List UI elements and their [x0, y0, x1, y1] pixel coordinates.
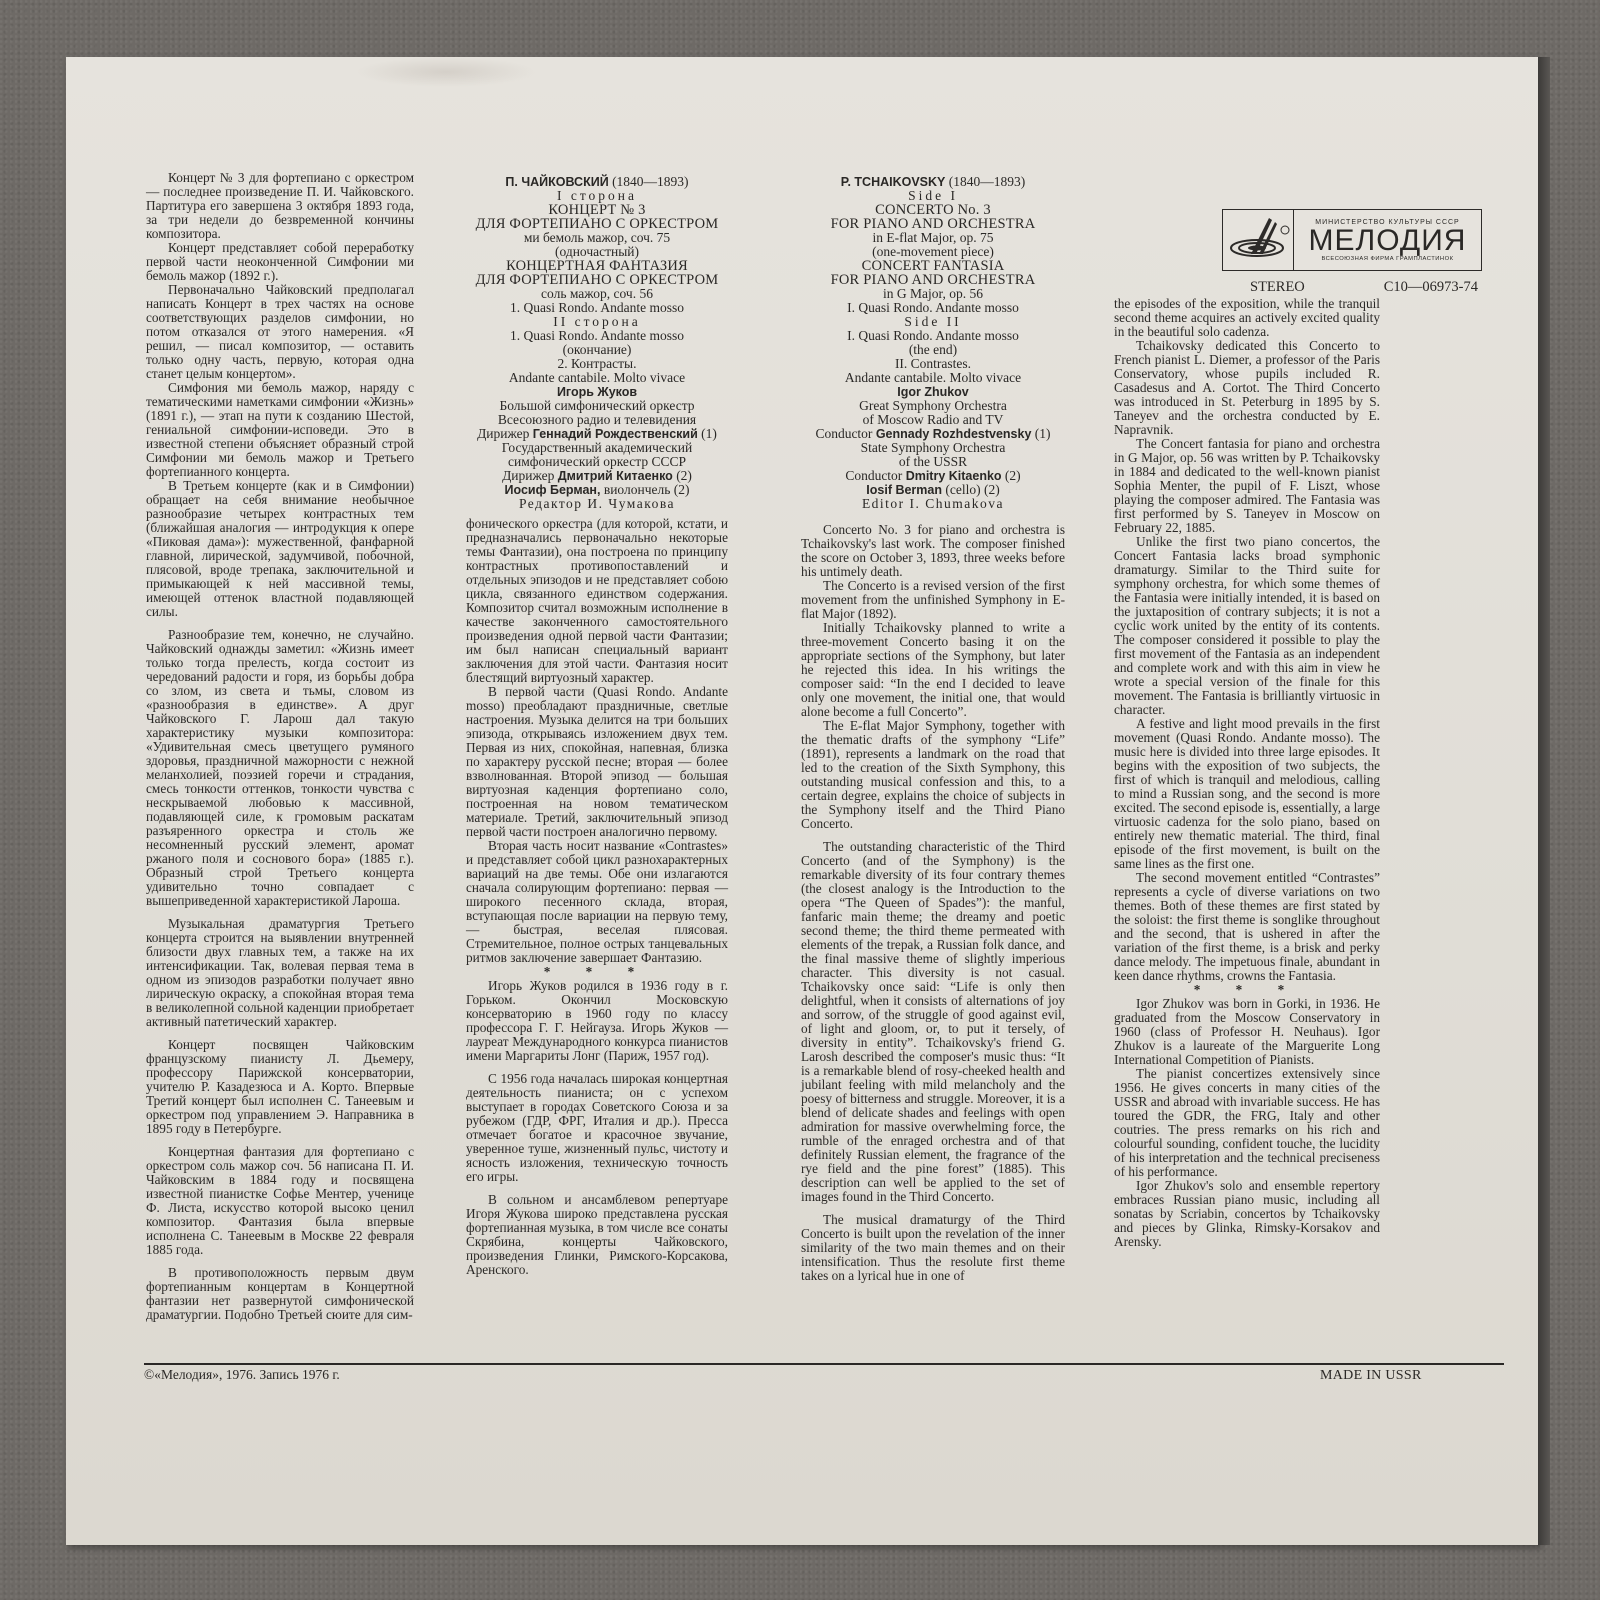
credit-line: КОНЦЕРТ № 3: [466, 203, 728, 217]
credit-line: in E-flat Major, op. 75: [801, 231, 1065, 245]
credit-line: I. Quasi Rondo. Andante mosso: [801, 329, 1065, 343]
credit-line: I сторона: [466, 189, 728, 203]
paragraph: Концертная фантазия для фортепиано с орк…: [146, 1145, 414, 1257]
credit-line: CONCERT FANTASIA: [801, 259, 1065, 273]
paragraph: The Concert fantasia for piano and orche…: [1114, 437, 1380, 535]
paragraph: The musical dramaturgy of the Third Conc…: [801, 1213, 1065, 1283]
paragraph: Музыкальная драматургия Третьего концерт…: [146, 917, 414, 1029]
paragraph: фонического оркестра (для которой, кстат…: [466, 517, 728, 685]
orchestra-line: Great Symphony Orchestra: [801, 399, 1065, 413]
paragraph: Первоначально Чайковский предполагал нап…: [146, 283, 414, 381]
orchestra-line: State Symphony Orchestra: [801, 441, 1065, 455]
credit-line: I. Quasi Rondo. Andante mosso: [801, 301, 1065, 315]
paragraph: Igor Zhukov was born in Gorki, in 1936. …: [1114, 997, 1380, 1067]
credit-line: II сторона: [466, 315, 728, 329]
stereo-label: STEREO: [1250, 279, 1305, 296]
conductor-2: Дирижер Дмитрий Китаенко (2): [466, 469, 728, 483]
paragraph: С 1956 года началась широкая концертная …: [466, 1072, 728, 1184]
paragraph: The second movement entitled “Contrastes…: [1114, 871, 1380, 983]
paper-stain: [356, 57, 536, 87]
credit-line: 1. Quasi Rondo. Andante mosso: [466, 329, 728, 343]
credit-line: FOR PIANO AND ORCHESTRA: [801, 273, 1065, 287]
performer: Игорь Жуков: [466, 385, 728, 399]
conductor-2: Conductor Dmitry Kitaenko (2): [801, 469, 1065, 483]
composer-heading: P. TCHAIKOVSKY (1840—1893): [801, 175, 1065, 189]
paragraph: Концерт представляет собой переработку п…: [146, 241, 414, 283]
track-lines: I сторонаКОНЦЕРТ № 3ДЛЯ ФОРТЕПИАНО С ОРК…: [466, 189, 728, 385]
melodiya-record-emblem-icon: [1223, 210, 1294, 270]
paragraph: Unlike the first two piano concertos, th…: [1114, 535, 1380, 717]
orchestra-line: Большой симфонический оркестр: [466, 399, 728, 413]
paragraph: В противоположность первым двум фортепиа…: [146, 1266, 414, 1322]
orchestra-line: Всесоюзного радио и телевидения: [466, 413, 728, 427]
paragraph: the episodes of the exposition, while th…: [1114, 297, 1380, 339]
conductor-1: Conductor Gennady Rozhdestvensky (1): [801, 427, 1065, 441]
credit-line: 2. Контрасты.: [466, 357, 728, 371]
catalog-line: STEREO С10—06973-74: [1226, 279, 1478, 296]
credits-ru: П. ЧАЙКОВСКИЙ (1840—1893) I сторонаКОНЦЕ…: [466, 175, 728, 511]
credit-line: (окончание): [466, 343, 728, 357]
paragraph: A festive and light mood prevails in the…: [1114, 717, 1380, 871]
paragraph: Концерт посвящен Чайковским французскому…: [146, 1038, 414, 1136]
liner-notes-ru-col2: фонического оркестра (для которой, кстат…: [466, 517, 728, 1277]
editor: Editor I. Chumakova: [801, 497, 1065, 511]
melodiya-logo: МИНИСТЕРСТВО КУЛЬТУРЫ СССР МЕЛОДИЯ ВСЕСО…: [1222, 209, 1482, 271]
paragraph: В первой части (Quasi Rondo. Andante mos…: [466, 685, 728, 839]
paragraph: В сольном и ансамблевом репертуаре Игоря…: [466, 1193, 728, 1277]
section-divider: * * *: [1114, 983, 1380, 997]
track-lines: Side ICONCERTO No. 3FOR PIANO AND ORCHES…: [801, 189, 1065, 385]
credits-en: P. TCHAIKOVSKY (1840—1893) Side ICONCERT…: [801, 175, 1065, 511]
credit-line: ДЛЯ ФОРТЕПИАНО С ОРКЕСТРОМ: [466, 273, 728, 287]
cellist: Iosif Berman (cello) (2): [801, 483, 1065, 497]
paragraph: The outstanding characteristic of the Th…: [801, 840, 1065, 1204]
credit-line: 1. Quasi Rondo. Andante mosso: [466, 301, 728, 315]
liner-notes-ru-col1: Концерт № 3 для фортепиано с оркестром —…: [146, 171, 414, 1322]
orchestra-line: Государственный академический: [466, 441, 728, 455]
paragraph: Вторая часть носит название «Contrastes»…: [466, 839, 728, 965]
brand-name: МЕЛОДИЯ: [1309, 226, 1467, 256]
credit-line: in G Major, op. 56: [801, 287, 1065, 301]
catalog-number: С10—06973-74: [1384, 279, 1478, 296]
made-in-ussr: MADE IN USSR: [1320, 1368, 1422, 1384]
credit-line: ДЛЯ ФОРТЕПИАНО С ОРКЕСТРОМ: [466, 217, 728, 231]
credit-line: (one-movement piece): [801, 245, 1065, 259]
paragraph: Concerto No. 3 for piano and orchestra i…: [801, 523, 1065, 579]
credit-line: Side II: [801, 315, 1065, 329]
section-divider: * * *: [466, 965, 728, 979]
paragraph: Igor Zhukov's solo and ensemble repertor…: [1114, 1179, 1380, 1249]
performer: Igor Zhukov: [801, 385, 1065, 399]
firm-text: ВСЕСОЮЗНАЯ ФИРМА ГРАМПЛАСТИНОК: [1322, 256, 1454, 262]
sleeve-spine: [1538, 57, 1550, 1545]
footer-rule: [144, 1363, 1504, 1365]
paragraph: The Concerto is a revised version of the…: [801, 579, 1065, 621]
conductor-1: Дирижер Геннадий Рождественский (1): [466, 427, 728, 441]
liner-notes-en-col4: the episodes of the exposition, while th…: [1114, 297, 1380, 1249]
record-sleeve-back: Концерт № 3 для фортепиано с оркестром —…: [66, 57, 1540, 1545]
liner-notes-en-col3: Concerto No. 3 for piano and orchestra i…: [801, 523, 1065, 1283]
paragraph: The pianist concertizes extensively sinc…: [1114, 1067, 1380, 1179]
copyright-notice: ©«Мелодия», 1976. Запись 1976 г.: [144, 1367, 340, 1383]
paragraph: Initially Tchaikovsky planned to write a…: [801, 621, 1065, 719]
credit-line: Andante cantabile. Molto vivace: [801, 371, 1065, 385]
composer-heading: П. ЧАЙКОВСКИЙ (1840—1893): [466, 175, 728, 189]
paragraph: Концерт № 3 для фортепиано с оркестром —…: [146, 171, 414, 241]
paragraph: Игорь Жуков родился в 1936 году в г. Гор…: [466, 979, 728, 1063]
credit-line: соль мажор, соч. 56: [466, 287, 728, 301]
paragraph: В Третьем концерте (как и в Симфонии) об…: [146, 479, 414, 619]
credit-line: (the end): [801, 343, 1065, 357]
credit-line: ми бемоль мажор, соч. 75: [466, 231, 728, 245]
paragraph: Tchaikovsky dedicated this Concerto to F…: [1114, 339, 1380, 437]
credit-line: КОНЦЕРТНАЯ ФАНТАЗИЯ: [466, 259, 728, 273]
orchestra-line: симфонический оркестр СССР: [466, 455, 728, 469]
credit-line: CONCERTO No. 3: [801, 203, 1065, 217]
orchestra-line: of the USSR: [801, 455, 1065, 469]
orchestra-line: of Moscow Radio and TV: [801, 413, 1065, 427]
paragraph: Симфония ми бемоль мажор, наряду с темат…: [146, 381, 414, 479]
paragraph: Разнообразие тем, конечно, не случайно. …: [146, 628, 414, 908]
credit-line: FOR PIANO AND ORCHESTRA: [801, 217, 1065, 231]
editor: Редактор И. Чумакова: [466, 497, 728, 511]
credit-line: Side I: [801, 189, 1065, 203]
credit-line: Andante cantabile. Molto vivace: [466, 371, 728, 385]
paragraph: The E-flat Major Symphony, together with…: [801, 719, 1065, 831]
credit-line: (одночастный): [466, 245, 728, 259]
credit-line: II. Contrastes.: [801, 357, 1065, 371]
cellist: Иосиф Берман, виолончель (2): [466, 483, 728, 497]
